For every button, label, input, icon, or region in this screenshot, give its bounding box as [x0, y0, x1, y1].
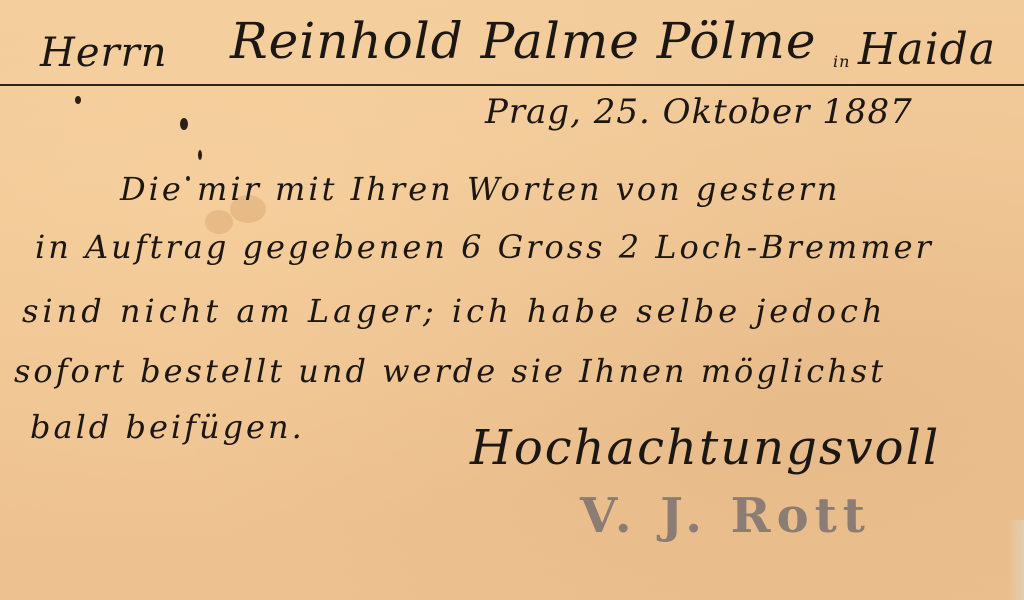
dateline: Prag, 25. Oktober 1887	[485, 92, 913, 132]
body-line-3: sind nicht am Lager; ich habe selbe jedo…	[22, 292, 886, 330]
body-line-5: bald beifügen.	[30, 408, 305, 446]
address-salutation: Herrn	[40, 30, 168, 76]
ink-blot	[180, 118, 188, 130]
ink-blot	[198, 150, 202, 160]
body-line-1: Die mir mit Ihren Worten von gestern	[120, 170, 840, 208]
address-preposition: in	[833, 52, 850, 71]
ink-blot	[75, 96, 81, 104]
body-line-4: sofort bestellt und werde sie Ihnen mögl…	[14, 352, 886, 390]
paper-edge-fold	[1008, 520, 1024, 600]
address-underline	[0, 84, 1024, 86]
closing: Hochachtungsvoll	[470, 420, 940, 476]
postcard: Herrn Reinhold Palme Pölme in Haida Prag…	[0, 0, 1024, 600]
sender-stamp: V. J. Rott	[580, 488, 871, 544]
address-name: Reinhold Palme Pölme	[230, 12, 816, 70]
body-line-2: in Auftrag gegebenen 6 Gross 2 Loch-Brem…	[35, 228, 934, 266]
address-city: Haida	[858, 24, 996, 75]
